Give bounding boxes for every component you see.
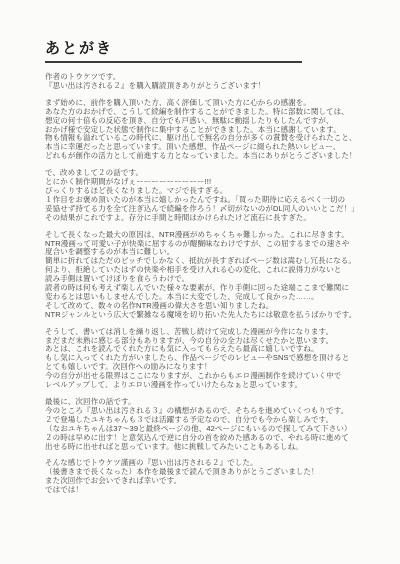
page-title: あとがき bbox=[45, 40, 362, 58]
text-line: ではでは！ bbox=[45, 486, 362, 495]
paragraph-closing: そんな感じでトウケツ謹画の『思い出は汚される２』でした。（後書きまで長くなった）… bbox=[45, 459, 362, 495]
text-line: NTRジャンルという広大で繁雑なる魔境を切り拓いた先人たちには敬意を払うばかりで… bbox=[45, 311, 362, 320]
paragraph-production-time: で、改めまして２の話です。とにかく制作期間がなげぇーーーーーーーーー!!!びっく… bbox=[45, 169, 362, 222]
paragraph-completion: そうして、書いては消しを繰り返し、苦戦し続けて完成した漫画が今作になります。まだ… bbox=[45, 328, 362, 390]
title-underline bbox=[45, 61, 302, 63]
text-line: どれもが創作の活力として前進する力となっていました。本当にありがとうございました… bbox=[45, 152, 362, 161]
paragraph-ntr-difficulty: そして長くなった最大の原因は、NTR漫画がめちゃくちゃ難しかった。これに尽きます… bbox=[45, 231, 362, 320]
text-line: レベルアップして、よりエロい漫画を作っていけたらなぁと思っています。 bbox=[45, 381, 362, 390]
paragraph-thanks: まず始めに、前作を購入頂いた方、高く評価して頂いた方に心からの感謝を。あなた方の… bbox=[45, 99, 362, 161]
text-line: また次回作でお会いできれば幸いです。 bbox=[45, 477, 362, 486]
paragraph-intro: 作者のトウケツです。『思い出は汚される２』を購入購読頂きありがとうございます！ bbox=[45, 73, 362, 91]
text-line: 『思い出は汚される２』を購入購読頂きありがとうございます！ bbox=[45, 82, 362, 91]
afterword-body: 作者のトウケツです。『思い出は汚される２』を購入購読頂きありがとうございます！ … bbox=[45, 73, 362, 495]
paragraph-next-work: 最後に、次回作の話です。今のところ『思い出は汚される３』の構想があるので、そちら… bbox=[45, 398, 362, 451]
afterword-page: あとがき 作者のトウケツです。『思い出は汚される２』を購入購読頂きありがとうござ… bbox=[0, 0, 400, 564]
text-line: 出せる時に出せればと思っています。他に挑戦してみたいこともあるしね。 bbox=[45, 443, 362, 452]
text-line: その結果がこれですよ。存分に手間と時間はかけられたけど流石に長すぎた。 bbox=[45, 214, 362, 223]
